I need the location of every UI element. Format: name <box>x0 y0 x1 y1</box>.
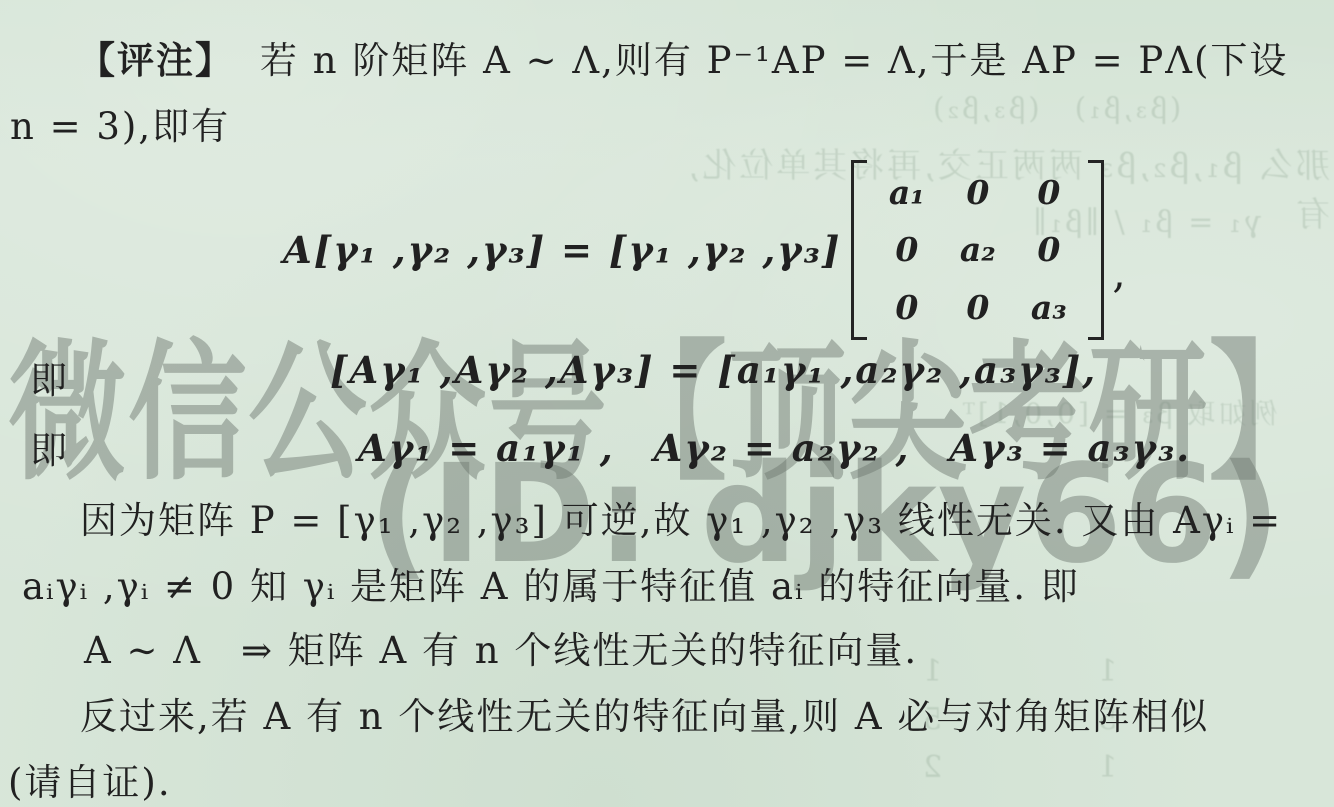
matrix-cell: 0 <box>895 230 918 269</box>
matrix-left-bracket <box>851 160 867 340</box>
remark-paragraph-line-2: n = 3),即有 <box>10 96 230 150</box>
bleed-through-text: (β₃,β₁) (β₃,β₂) <box>930 86 1181 127</box>
step1-label: 即 <box>30 350 69 404</box>
matrix-cell: 0 <box>895 288 918 327</box>
equation-left-side: A[γ₁ ,γ₂ ,γ₃] = [γ₁ ,γ₂ ,γ₃] <box>283 228 841 272</box>
matrix-cell: 0 <box>1037 173 1060 212</box>
display-equation-diagonalization: A[γ₁ ,γ₂ ,γ₃] = [γ₁ ,γ₂ ,γ₃] a₁ 0 0 0 a₂… <box>283 156 1126 344</box>
remark-paragraph-line-1: 【评注】若 n 阶矩阵 A ∼ Λ,则有 P⁻¹AP = Λ,于是 AP = P… <box>78 30 1288 84</box>
remark-text: 若 n 阶矩阵 A ∼ Λ,则有 P⁻¹AP = Λ,于是 AP = PΛ(下设 <box>260 39 1288 82</box>
matrix-cell: a₂ <box>960 230 996 269</box>
matrix-cell: a₃ <box>1031 288 1067 327</box>
step1-equation: [Aγ₁ ,Aγ₂ ,Aγ₃] = [a₁γ₁ ,a₂γ₂ ,a₃γ₃], <box>330 348 1097 392</box>
step2-equation: Aγ₁ = a₁γ₁ , Aγ₂ = a₂γ₂ , Aγ₃ = a₃γ₃. <box>358 418 1191 472</box>
body-paragraph-line-1: 因为矩阵 P = [γ₁ ,γ₂ ,γ₃] 可逆,故 γ₁ ,γ₂ ,γ₃ 线性… <box>80 490 1282 544</box>
matrix-cell: 0 <box>966 173 989 212</box>
conclusion-implication-line: A ∼ Λ ⇒ 矩阵 A 有 n 个线性无关的特征向量. <box>84 620 918 674</box>
body-paragraph-line-2: aᵢγᵢ ,γᵢ ≠ 0 知 γᵢ 是矩阵 A 的属于特征值 aᵢ 的特征向量.… <box>22 556 1080 610</box>
matrix-cells: a₁ 0 0 0 a₂ 0 0 0 a₃ <box>867 160 1088 340</box>
converse-paragraph-line-2: (请自证). <box>8 752 172 806</box>
matrix-cell: 0 <box>966 288 989 327</box>
scanned-textbook-page: { "page": { "background_color": "#d8e6d9… <box>0 0 1334 807</box>
step2-label: 即 <box>30 420 69 474</box>
equation-trailing-comma: , <box>1112 248 1125 297</box>
matrix-cell: a₁ <box>889 173 925 212</box>
converse-paragraph-line-1: 反过来,若 A 有 n 个线性无关的特征向量,则 A 必与对角矩阵相似 <box>80 686 1209 740</box>
diagonal-matrix: a₁ 0 0 0 a₂ 0 0 0 a₃ <box>851 160 1104 340</box>
matrix-cell: 0 <box>1037 230 1060 269</box>
remark-label: 【评注】 <box>78 38 234 82</box>
matrix-right-bracket <box>1088 160 1104 340</box>
